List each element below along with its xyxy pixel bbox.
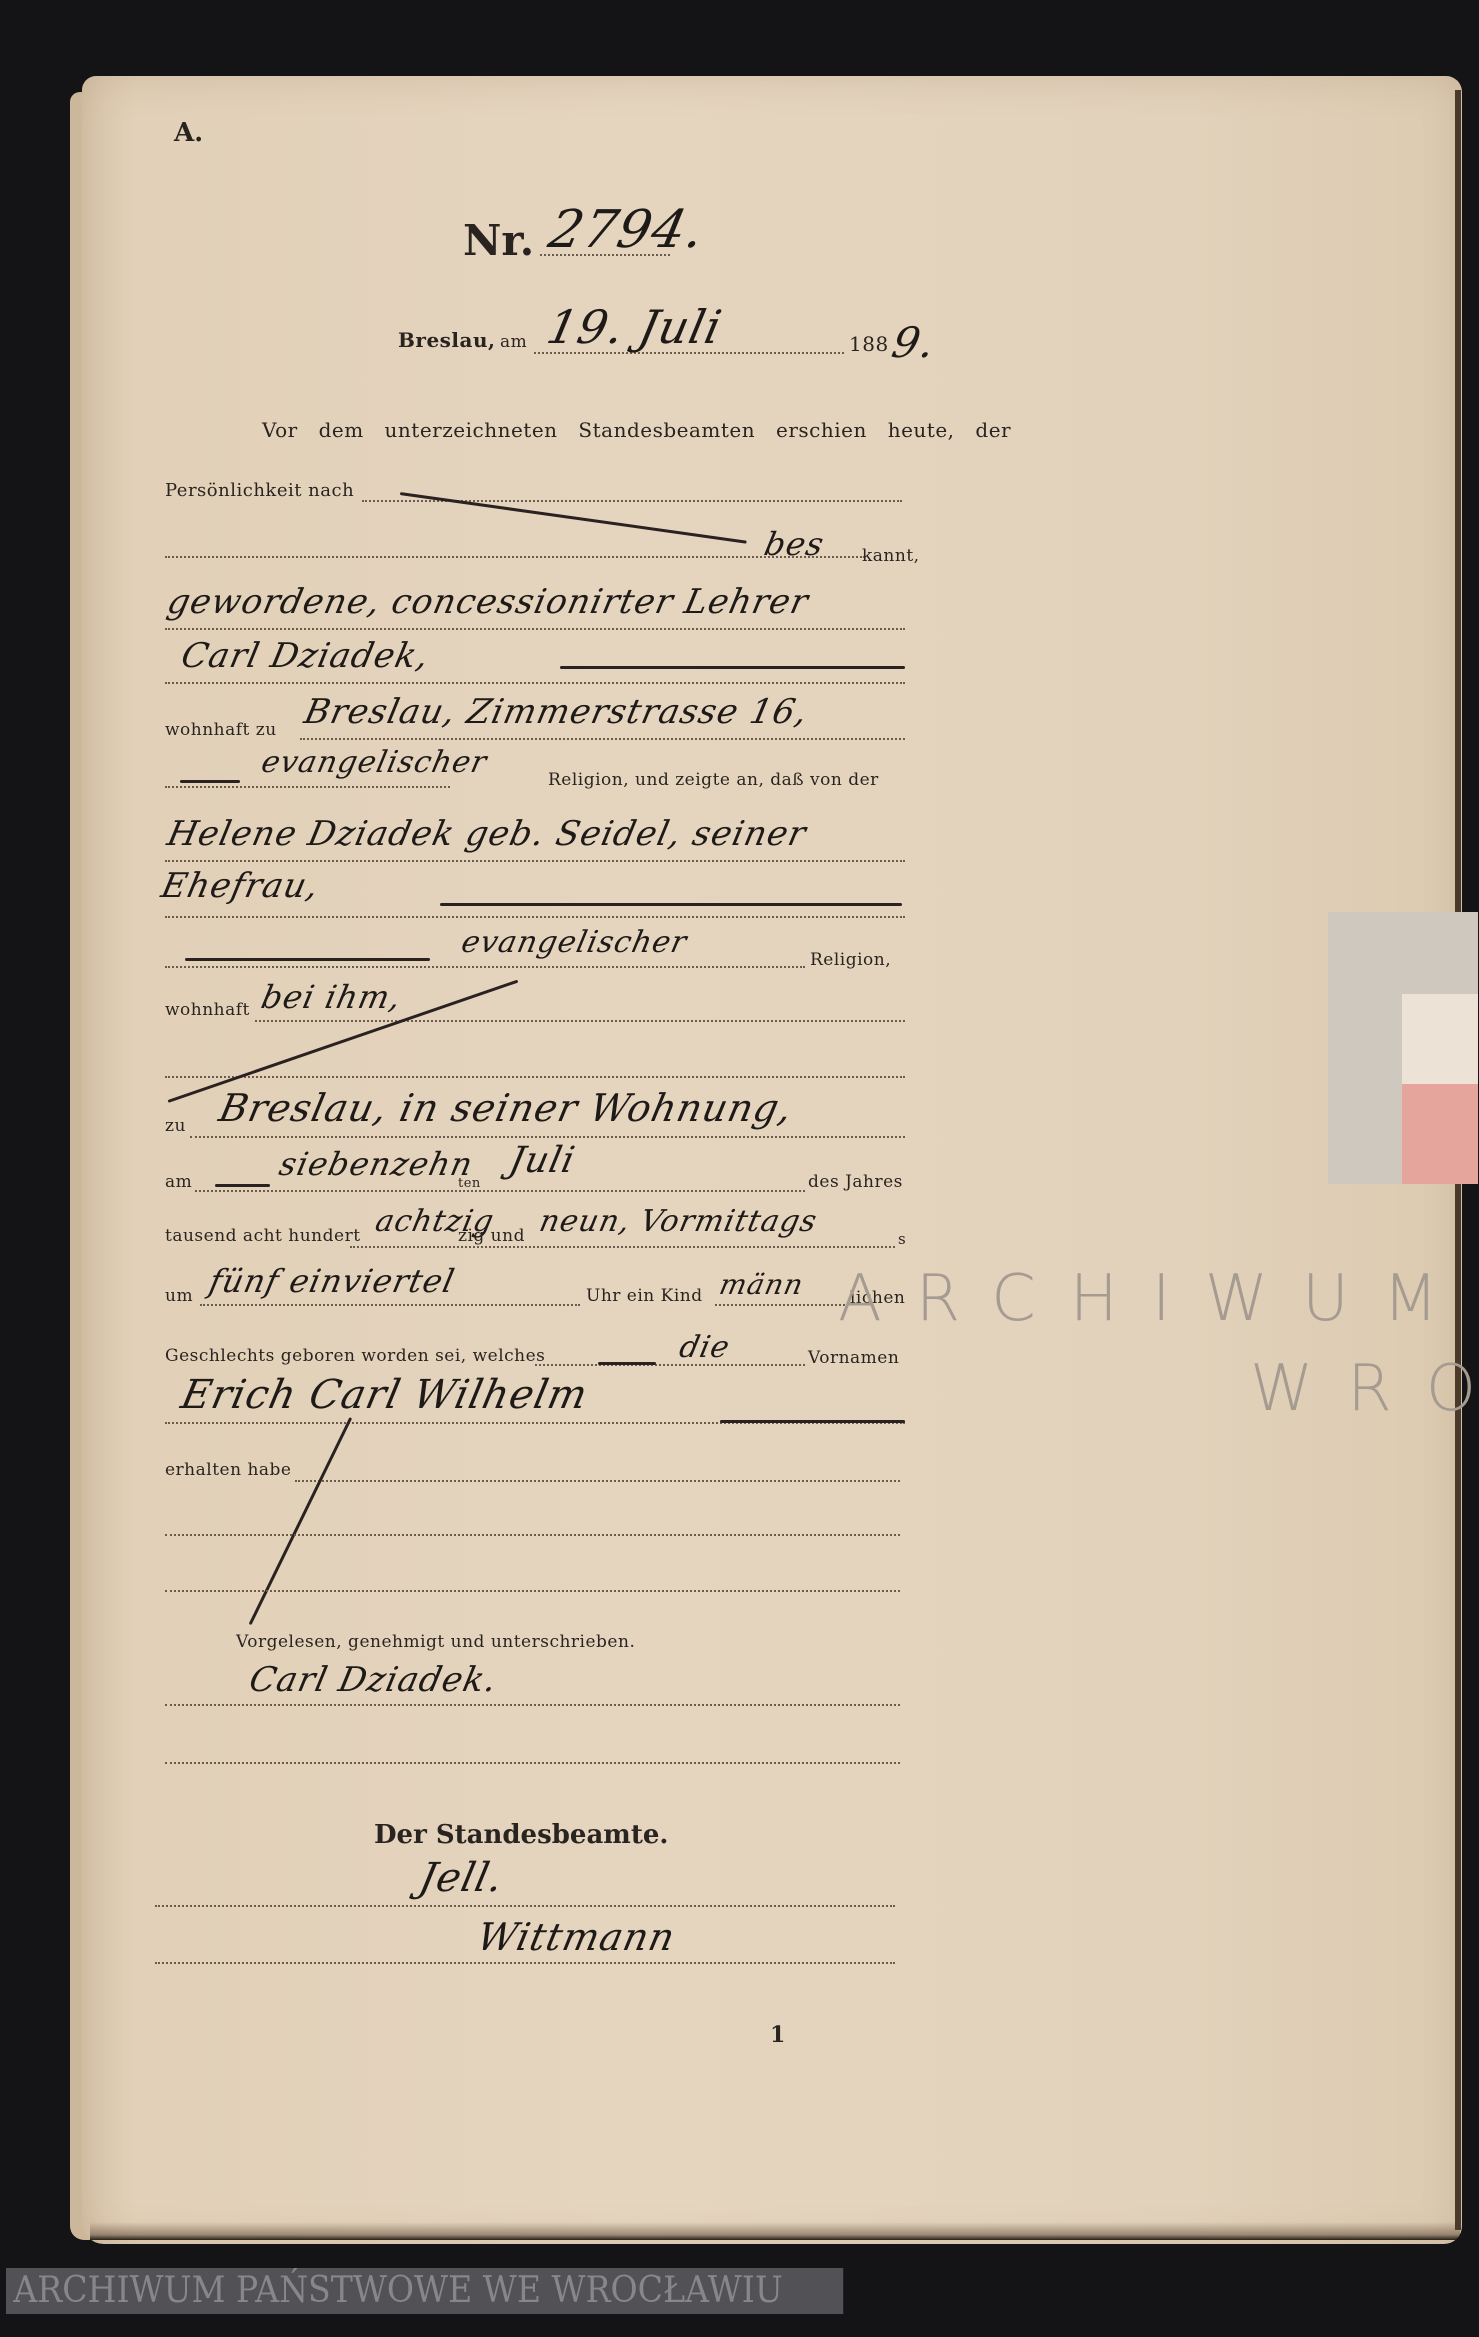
year-words-zig: zig und [458,1226,525,1246]
gender-line: Geschlechts geboren worden sei, welches [165,1346,545,1366]
read-approved: Vorgelesen, genehmigt und unterschrieben… [236,1632,635,1652]
mother-line [165,860,905,862]
birthdate-label: am [165,1172,192,1192]
birthdate-ten: ten [458,1176,481,1191]
registrar-signature-line-2 [155,1962,895,1964]
date-value: 19. Juli [542,300,727,354]
fill-stroke [598,1362,656,1365]
birthdate-month: Juli [506,1140,579,1181]
time-suffix: Uhr ein Kind [586,1286,703,1306]
page-number: 1 [770,2022,785,2048]
page-bottom-edge [90,2222,1460,2240]
informant-signature-line [165,1704,900,1706]
birthdate-line [195,1190,805,1192]
blank-line [165,1534,900,1536]
archive-logo-white-flag [1402,994,1478,1084]
mother-name: Helene Dziadek geb. Seidel, seiner [164,814,810,854]
blank-line [165,1762,900,1764]
archive-logo-red-flag [1402,1084,1478,1184]
blank-line [165,1590,900,1592]
fill-stroke [720,1420,905,1423]
fill-stroke [185,958,430,961]
registrar-signature-line-1 [155,1905,895,1907]
fill-stroke [560,666,905,669]
birthplace-value: Breslau, in seiner Wohnung, [215,1086,797,1130]
birthplace-label: zu [165,1116,186,1136]
sex-value: männ [716,1268,806,1301]
register-number: 2794. [544,200,711,260]
mother-line-2 [165,916,905,918]
informant-signature: Carl Dziadek. [246,1660,501,1700]
informant-name-line [165,682,905,684]
mother-line-2-text: Ehefrau, [158,866,323,906]
mother-religion-line [165,966,805,968]
time-label: um [165,1286,193,1306]
year-words-prefix: tausend acht hundert [165,1226,361,1246]
mother-residence-line [255,1020,905,1022]
year-words-units: neun, Vormittags [536,1204,820,1239]
birthdate-day: siebenzehn [276,1145,477,1183]
intro-line: Vor dem unterzeichneten Standesbeamten e… [262,418,1011,442]
received-label: erhalten habe [165,1460,291,1480]
occupation-line [165,628,905,630]
identity-suffix-handwritten: bes [761,525,828,563]
residence-line [300,738,905,740]
birthdate-year-label: des Jahres [808,1172,903,1192]
registrar-signature-1: Jell. [415,1855,508,1901]
fill-stroke [215,1184,270,1187]
sex-line [715,1304,845,1306]
informant-occupation: gewordene, concessionirter Lehrer [164,582,813,622]
mother-residence-label: wohnhaft [165,1000,250,1020]
residence-value: Breslau, Zimmerstrasse 16, [301,692,812,732]
registrar-signature-2: Wittmann [473,1915,679,1959]
watermark-wro: WRO [1250,1352,1479,1426]
religion-clause: Religion, und zeigte an, daß von der [548,770,879,790]
fill-stroke [440,903,902,906]
year-prefix: 188 [849,332,889,356]
religion-line [165,786,450,788]
child-names: Erich Carl Wilhelm [177,1372,592,1418]
year-line [350,1246,895,1248]
blank-line [165,1076,905,1078]
identity-line-2 [165,556,865,558]
registrar-title: Der Standesbeamte. [374,1820,668,1850]
name-label: Vornamen [808,1348,899,1368]
time-value: fünf einviertel [206,1262,459,1300]
date-prefix: am [500,332,527,352]
mother-religion-value: evangelischer [458,925,690,960]
place-label: Breslau, [398,328,496,352]
section-letter: A. [174,118,203,148]
number-label: Nr. [463,216,534,265]
year-words-suffix: s [898,1230,906,1248]
watermark-archiwum: ARCHIWUM [838,1262,1472,1336]
residence-label: wohnhaft zu [165,720,277,740]
birthplace-line [190,1136,905,1138]
informant-name: Carl Dziadek, [178,636,433,676]
archive-footer-watermark: ARCHIWUM PAŃSTWOWE WE WROCŁAWIU [6,2268,843,2314]
name-article-line [535,1364,805,1366]
name-article: die [676,1330,733,1365]
mother-religion-label: Religion, [810,950,891,970]
time-line [200,1304,580,1306]
identity-label: Persönlichkeit nach [165,480,354,501]
received-line [295,1480,900,1482]
religion-value: evangelischer [258,745,490,780]
mother-residence-value: bei ihm, [258,978,405,1016]
fill-stroke [180,780,240,783]
identity-suffix-printed: kannt, [862,546,920,566]
